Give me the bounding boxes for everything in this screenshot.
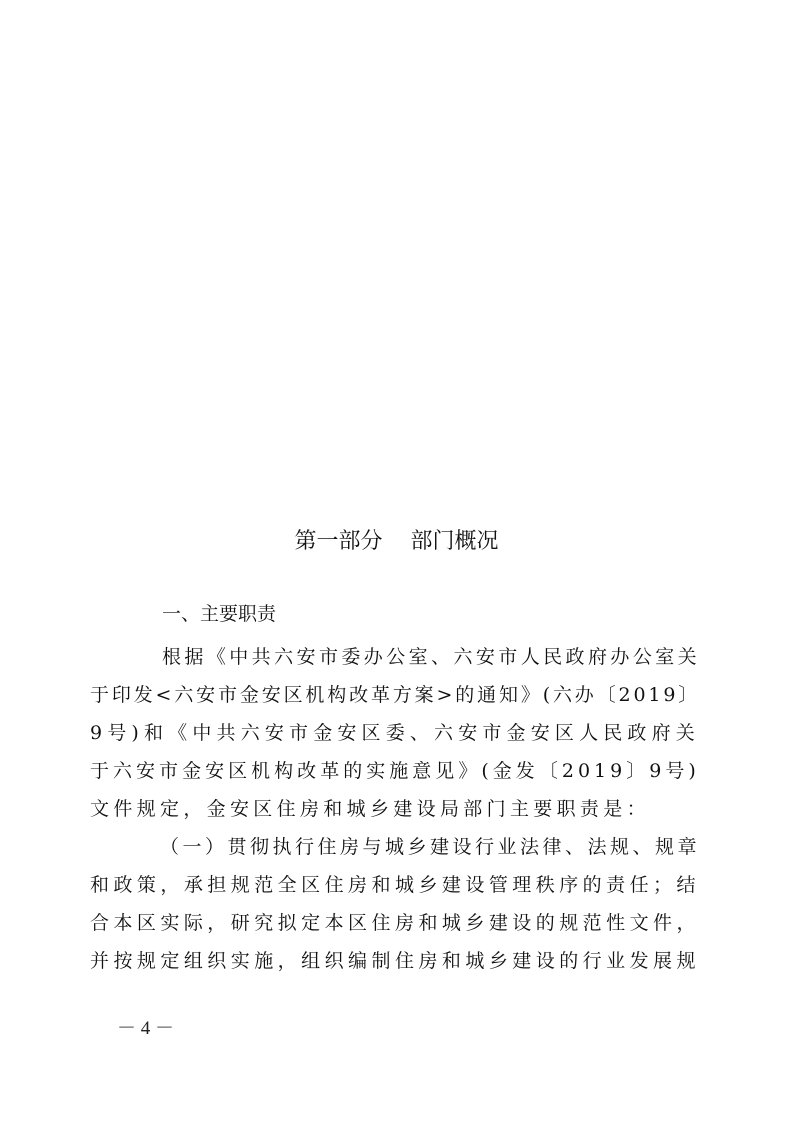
body-line: 根据《中共六安市委办公室、六安市人民政府办公室关 bbox=[162, 645, 700, 669]
body-line: 合本区实际，研究拟定本区住房和城乡建设的规范性文件， bbox=[90, 911, 700, 935]
body-line: 于六安市金安区机构改革的实施意见》(金发〔2019〕9号) bbox=[90, 759, 700, 783]
body-line: 于印发<六安市金安区机构改革方案>的通知》(六办〔2019〕 bbox=[90, 683, 700, 707]
body-line: 9号)和《中共六安市金安区委、六安市金安区人民政府关 bbox=[90, 721, 700, 745]
body-line: 和政策，承担规范全区住房和城乡建设管理秩序的责任；结 bbox=[90, 873, 700, 897]
part-title: 第一部分 部门概况 bbox=[0, 527, 793, 557]
body-line: 文件规定，金安区住房和城乡建设局部门主要职责是： bbox=[90, 797, 650, 821]
body-line: （一）贯彻执行住房与城乡建设行业法律、法规、规章 bbox=[160, 835, 700, 859]
section-heading: 一、主要职责 bbox=[162, 601, 276, 627]
page-number: － 4 － bbox=[117, 1017, 174, 1041]
body-line: 并按规定组织实施，组织编制住房和城乡建设的行业发展规 bbox=[90, 949, 700, 973]
document-page: 第一部分 部门概况 一、主要职责 根据《中共六安市委办公室、六安市人民政府办公室… bbox=[0, 0, 793, 1122]
